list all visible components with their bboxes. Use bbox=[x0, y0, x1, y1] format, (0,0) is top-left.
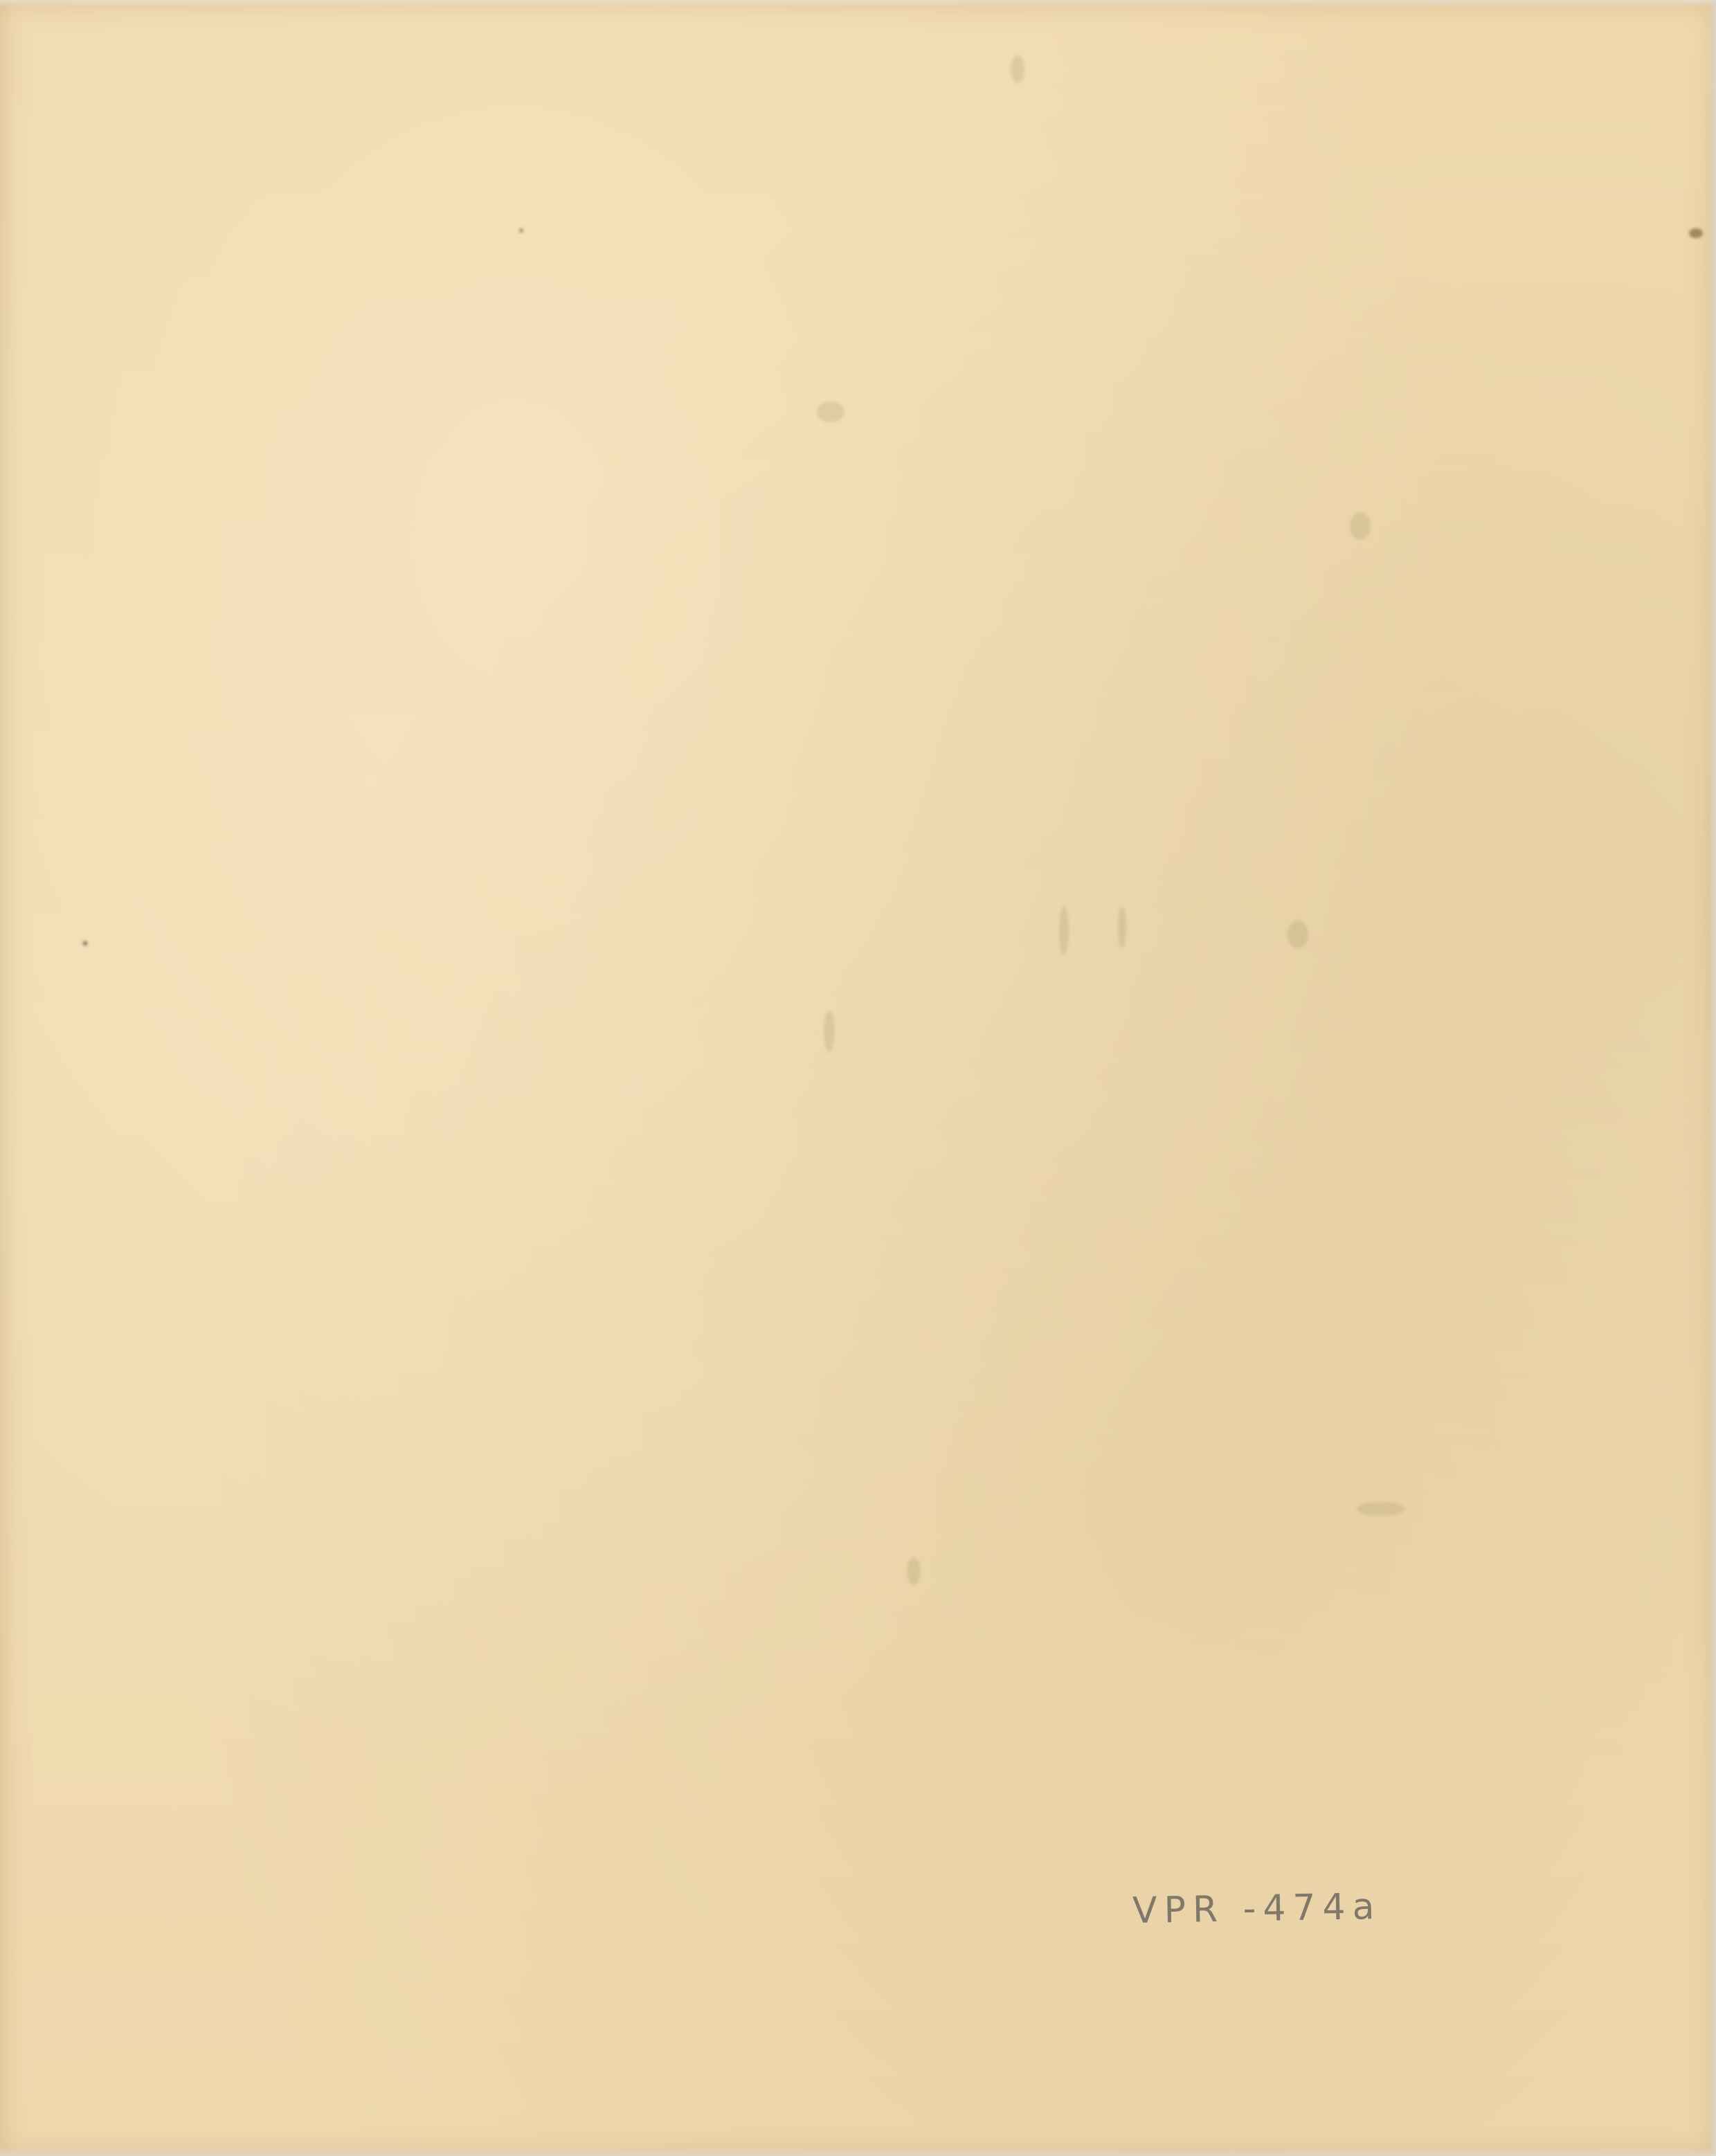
smudge bbox=[1011, 55, 1024, 83]
paper-edge-bottom bbox=[0, 2146, 1716, 2156]
smudge bbox=[1357, 1502, 1405, 1516]
smudge bbox=[1689, 228, 1703, 238]
smudge bbox=[907, 1557, 921, 1585]
pencil-annotation: VPR -474a bbox=[1132, 1886, 1382, 1932]
smudge bbox=[519, 228, 523, 233]
smudge bbox=[1118, 907, 1126, 948]
paper-edge-top bbox=[0, 0, 1716, 7]
smudge bbox=[83, 941, 87, 945]
smudge bbox=[1288, 921, 1308, 948]
paper-sheet: VPR -474a bbox=[0, 0, 1716, 2156]
paper-edge-right bbox=[1709, 0, 1716, 2156]
smudge bbox=[824, 1011, 835, 1052]
smudge bbox=[1350, 512, 1371, 540]
smudge bbox=[1059, 907, 1069, 955]
smudge bbox=[817, 401, 845, 422]
